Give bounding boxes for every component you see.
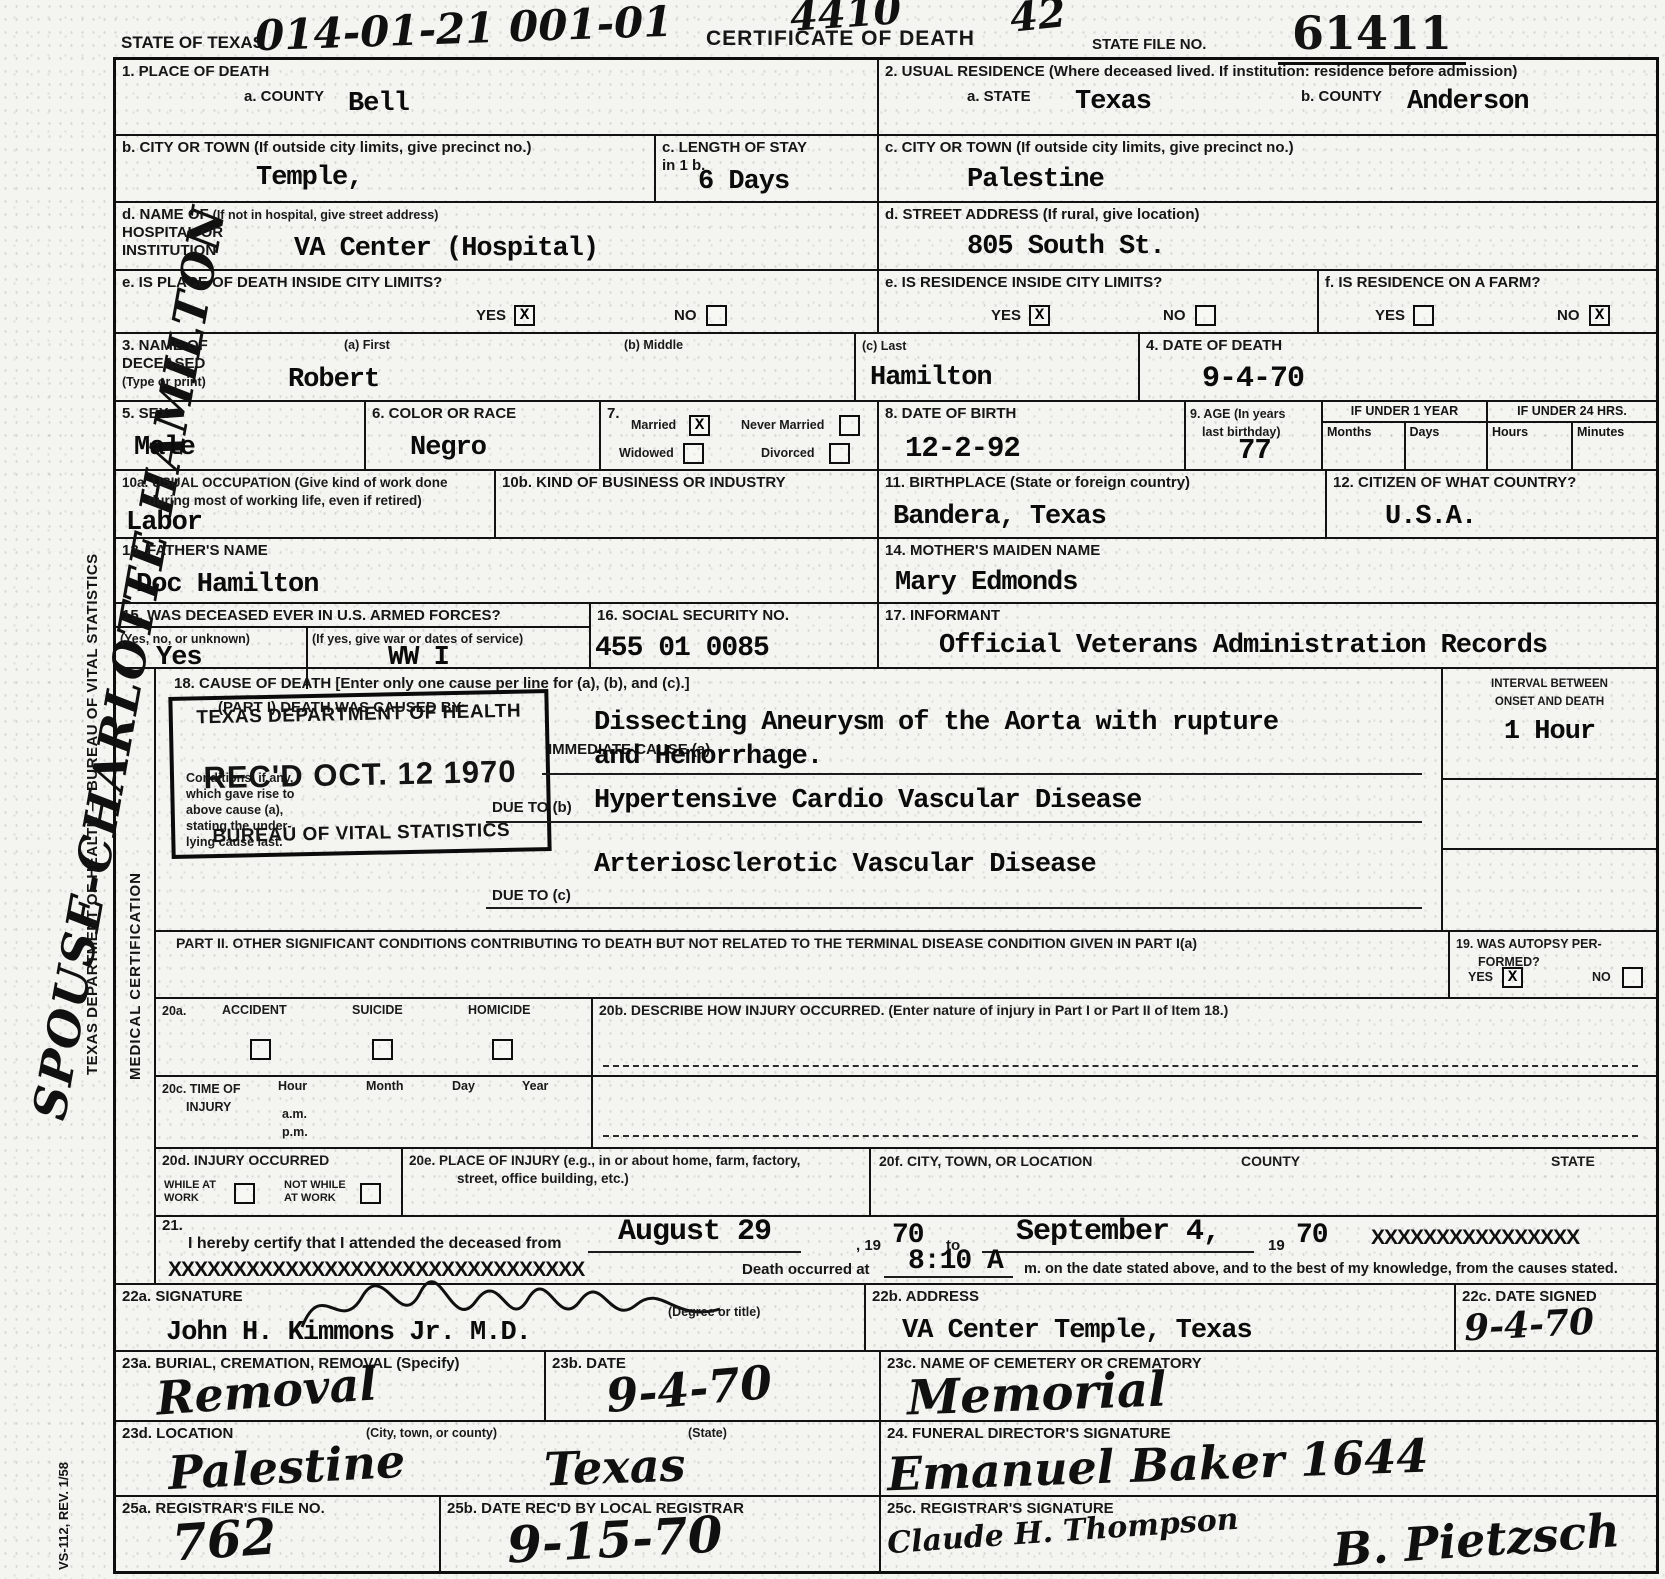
injury-occurred-cell: 20d. INJURY OCCURRED WHILE AT WORK NOT W… (156, 1149, 403, 1215)
death-limits-no-label: NO (674, 307, 697, 324)
certificate-form: 1. PLACE OF DEATH a. COUNTY Bell 2. USUA… (113, 57, 1659, 1574)
autopsy-cell: 19. WAS AUTOPSY PER- FORMED? YES X NO (1450, 932, 1656, 997)
father-name-value: Doc Hamilton (136, 571, 318, 599)
registrar-date-cell: 25b. DATE REC'D BY LOCAL REGISTRAR 9-15-… (441, 1497, 881, 1574)
date-of-birth-cell: 8. DATE OF BIRTH 12-2-92 (879, 402, 1186, 469)
cause-a-line-1: Dissecting Aneurysm of the Aorta with ru… (594, 709, 1278, 737)
married-label: Married (631, 418, 676, 433)
informant-value: Official Veterans Administration Records (939, 632, 1547, 660)
residence-limits-yes-checkbox: X (1029, 305, 1050, 326)
certify-text: I hereby certify that I attended the dec… (188, 1235, 561, 1253)
registrar-signature-2: B. Pietzsch (1332, 1507, 1621, 1573)
certificate-title: CERTIFICATE OF DEATH (706, 27, 975, 51)
while-at-work-label-1: WHILE AT (164, 1179, 216, 1192)
injury-city-label: 20f. CITY, TOWN, OR LOCATION (879, 1153, 1092, 1170)
name-deceased-label-1: 3. NAME OF (122, 337, 208, 354)
degree-or-title-label: (Degree or title) (668, 1305, 760, 1320)
time-of-injury-label-1: 20c. TIME OF (162, 1082, 241, 1096)
occupation-label-2: during most of working life, even if ret… (122, 493, 422, 508)
married-checkbox: X (689, 415, 710, 436)
autopsy-yes-checkbox: X (1502, 967, 1523, 988)
cause-b-value: Hypertensive Cardio Vascular Disease (594, 787, 1141, 815)
business-industry-label: 10b. KIND OF BUSINESS OR INDUSTRY (502, 474, 786, 491)
days-label: Days (1406, 423, 1487, 469)
usual-residence-label: 2. USUAL RESIDENCE (Where deceased lived… (885, 63, 1517, 80)
never-married-checkbox (839, 415, 860, 436)
handwritten-file-code: 014-01-21 001-01 (254, 1, 673, 58)
describe-injury-label: 20b. DESCRIBE HOW INJURY OCCURRED. (Ente… (599, 1002, 1228, 1018)
first-name-label: (a) First (344, 338, 390, 353)
physician-address-label: 22b. ADDRESS (872, 1288, 979, 1305)
burial-date-value: 9-4-70 (604, 1359, 774, 1419)
form-number-vertical: VS-112, REV. 1/58 (56, 1280, 71, 1570)
residence-city-limits-cell: e. IS RESIDENCE INSIDE CITY LIMITS? YES … (879, 271, 1319, 332)
occupation-value: Labor (126, 509, 202, 537)
place-of-injury-label-1: 20e. PLACE OF INJURY (e.g., in or about … (409, 1153, 800, 1168)
occupation-cell: 10a. USUAL OCCUPATION (Give kind of work… (116, 471, 496, 537)
last-name-label: (c) Last (862, 339, 906, 353)
widowed-label: Widowed (619, 446, 674, 461)
date-of-birth-value: 12-2-92 (905, 434, 1020, 464)
burial-location-state-value: Texas (543, 1442, 686, 1493)
residence-limits-label: e. IS RESIDENCE INSIDE CITY LIMITS? (885, 274, 1162, 291)
row-cause-of-death: 18. CAUSE OF DEATH [Enter only one cause… (156, 669, 1656, 932)
death-city-limits-label: e. IS PLACE OF DEATH INSIDE CITY LIMITS? (122, 274, 442, 291)
widowed-checkbox (683, 443, 704, 464)
length-of-stay-label: c. LENGTH OF STAY (662, 139, 807, 156)
citizen-value: U.S.A. (1385, 503, 1476, 531)
informant-cell: 17. INFORMANT Official Veterans Administ… (879, 604, 1656, 667)
physician-signature-scribble (296, 1275, 726, 1339)
if-under-24-hrs-label: IF UNDER 24 HRS. (1488, 402, 1656, 423)
autopsy-yes-label: YES (1468, 970, 1493, 985)
age-value: 77 (1238, 436, 1271, 466)
medical-certification-strip: MEDICAL CERTIFICATION (116, 669, 156, 1283)
birthplace-label: 11. BIRTHPLACE (State or foreign country… (885, 474, 1190, 491)
place-of-death-cell: 1. PLACE OF DEATH a. COUNTY Bell (116, 60, 879, 134)
rule-line (542, 773, 1422, 775)
street-address-value: 805 South St. (967, 233, 1165, 261)
describe-injury-cell: 20b. DESCRIBE HOW INJURY OCCURRED. (Ente… (593, 999, 1656, 1075)
department-vertical-label: TEXAS DEPARTMENT OF HEALTH — BUREAU OF V… (84, 275, 101, 1075)
accident-checkbox (250, 1039, 271, 1060)
while-at-work-checkbox (234, 1183, 255, 1204)
residence-city-value: Palestine (967, 166, 1104, 194)
attended-from-date: August 29 (588, 1217, 801, 1253)
farm-no-checkbox: X (1589, 305, 1610, 326)
row-city-town: b. CITY OR TOWN (If outside city limits,… (116, 136, 1656, 203)
if-under-24-hrs-body: Hours Minutes (1488, 423, 1656, 469)
date-signed-cell: 22c. DATE SIGNED 9-4-70 (1456, 1285, 1656, 1350)
row-name-deceased: 3. NAME OF DECEASED (Type or print) (a) … (116, 334, 1656, 402)
mother-name-label: 14. MOTHER'S MAIDEN NAME (885, 542, 1100, 559)
sex-label: 5. SEX (122, 405, 169, 422)
rule-line (1443, 778, 1656, 780)
physician-signature-cell: 22a. SIGNATURE John H. Kimmons Jr. M.D. … (116, 1285, 866, 1350)
not-while-at-work-label-2: AT WORK (284, 1192, 336, 1205)
answer-line (603, 1135, 1638, 1137)
residence-county-label: b. COUNTY (1301, 88, 1382, 105)
burial-location-label: 23d. LOCATION (122, 1425, 233, 1442)
residence-state-label: a. STATE (967, 88, 1031, 105)
usual-residence-cell: 2. USUAL RESIDENCE (Where deceased lived… (879, 60, 1656, 134)
stamp-line-3: BUREAU OF VITAL STATISTICS (212, 821, 510, 846)
place-of-death-label: 1. PLACE OF DEATH (122, 63, 269, 80)
county-value: Bell (348, 90, 409, 118)
suicide-checkbox (372, 1039, 393, 1060)
months-label: Months (1323, 423, 1406, 469)
row-armed-forces: 15. WAS DECEASED EVER IN U.S. ARMED FORC… (116, 604, 1656, 669)
race-label: 6. COLOR OR RACE (372, 405, 516, 422)
first-name-value: Robert (288, 366, 379, 394)
registrar-file-cell: 25a. REGISTRAR'S FILE NO. 762 (116, 1497, 441, 1574)
answer-line (603, 1065, 1638, 1067)
row-20a-20b: 20a. ACCIDENT SUICIDE HOMICIDE 20b. DESC… (156, 999, 1656, 1077)
suicide-label: SUICIDE (352, 1003, 403, 1018)
burial-location-sub2: (State) (688, 1426, 727, 1441)
business-industry-cell: 10b. KIND OF BUSINESS OR INDUSTRY (496, 471, 879, 537)
injury-blank-cell (593, 1077, 1656, 1147)
am-label: a.m. (282, 1107, 307, 1122)
attended-to-date: September 4, (982, 1217, 1254, 1253)
citizen-cell: 12. CITIZEN OF WHAT COUNTRY? U.S.A. (1327, 471, 1656, 537)
physician-signature-label: 22a. SIGNATURE (122, 1288, 243, 1305)
year-label: Year (522, 1079, 548, 1094)
row-location-director: 23d. LOCATION (City, town, or county) (S… (116, 1422, 1656, 1497)
death-city-limits-cell: e. IS PLACE OF DEATH INSIDE CITY LIMITS?… (116, 271, 879, 332)
interval-label-2: ONSET AND DEATH (1495, 696, 1604, 708)
handwritten-top-number-2: 42 (1008, 0, 1068, 39)
cemetery-cell: 23c. NAME OF CEMETERY OR CREMATORY Memor… (881, 1352, 1656, 1420)
last-name-cell: (c) Last Hamilton (856, 334, 1140, 400)
hospital-label-1: d. NAME OF (122, 206, 209, 223)
date-of-death-label: 4. DATE OF DEATH (1146, 337, 1282, 354)
death-city-label: b. CITY OR TOWN (If outside city limits,… (122, 139, 532, 156)
death-occurred-label: Death occurred at (742, 1261, 870, 1278)
hours-label: Hours (1488, 423, 1573, 469)
burial-location-cell: 23d. LOCATION (City, town, or county) (S… (116, 1422, 881, 1495)
row-hospital-street: d. NAME OF (If not in hospital, give str… (116, 203, 1656, 271)
injury-city-cell: 20f. CITY, TOWN, OR LOCATION COUNTY STAT… (871, 1149, 1656, 1215)
ssn-value: 455 01 0085 (595, 634, 769, 663)
street-address-label: d. STREET ADDRESS (If rural, give locati… (885, 206, 1199, 223)
if-under-1-year-label: IF UNDER 1 YEAR (1323, 402, 1486, 423)
death-limits-yes-label: YES (476, 307, 506, 324)
pm-label: p.m. (282, 1125, 308, 1140)
homicide-label: HOMICIDE (468, 1003, 531, 1018)
burial-type-cell: 23a. BURIAL, CREMATION, REMOVAL (Specify… (116, 1352, 546, 1420)
farm-yes-checkbox (1413, 305, 1434, 326)
place-of-injury-cell: 20e. PLACE OF INJURY (e.g., in or about … (403, 1149, 871, 1215)
state-of-texas-label: STATE OF TEXAS (121, 33, 264, 53)
hospital-cell: d. NAME OF (If not in hospital, give str… (116, 203, 879, 269)
row-occupation: 10a. USUAL OCCUPATION (Give kind of work… (116, 471, 1656, 539)
interval-label-1: INTERVAL BETWEEN (1491, 678, 1608, 690)
hour-label: Hour (278, 1079, 307, 1094)
autopsy-label-2: FORMED? (1456, 955, 1540, 969)
stamp-line-1: TEXAS DEPARTMENT OF HEALTH (196, 702, 521, 728)
burial-date-cell: 23b. DATE 9-4-70 (546, 1352, 881, 1420)
minutes-label: Minutes (1573, 423, 1656, 469)
mother-name-value: Mary Edmonds (895, 569, 1077, 597)
cell-20a-number: 20a. (162, 1004, 186, 1018)
age-label-1: 9. AGE (In years (1190, 407, 1285, 421)
informant-label: 17. INFORMANT (885, 607, 1000, 624)
interval-cell: INTERVAL BETWEEN ONSET AND DEATH 1 Hour (1443, 669, 1656, 930)
last-name-value: Hamilton (870, 364, 992, 392)
state-file-no-label: STATE FILE NO. (1092, 36, 1206, 53)
divorced-label: Divorced (761, 446, 815, 461)
death-certificate-scan: SPOUSE-CHARLOTTE HAMILTON TEXAS DEPARTME… (0, 0, 1665, 1579)
homicide-checkbox (492, 1039, 513, 1060)
rule-line (486, 821, 1422, 823)
residence-city-label: c. CITY OR TOWN (If outside city limits,… (885, 139, 1294, 156)
not-while-at-work-label-1: NOT WHILE (284, 1179, 346, 1192)
residence-limits-yes-label: YES (991, 307, 1021, 324)
funeral-director-signature: Emanuel Baker 1644 (886, 1433, 1429, 1498)
cause-of-death-heading: 18. CAUSE OF DEATH [Enter only one cause… (174, 675, 690, 692)
cause-c-value: Arteriosclerotic Vascular Disease (594, 851, 1096, 879)
from-year-prefix: , 19 (856, 1237, 881, 1254)
time-of-injury-label-2: INJURY (162, 1100, 231, 1114)
while-at-work-label-2: WORK (164, 1192, 199, 1205)
residence-state-value: Texas (1075, 88, 1151, 116)
date-of-birth-label: 8. DATE OF BIRTH (885, 405, 1016, 422)
part2-label: PART II. OTHER SIGNIFICANT CONDITIONS CO… (162, 935, 1442, 952)
to-year-prefix: 19 (1268, 1237, 1285, 1254)
registrar-date-value: 9-15-70 (506, 1509, 724, 1570)
death-city-cell: b. CITY OR TOWN (If outside city limits,… (116, 136, 656, 201)
registrar-signature-cell: 25c. REGISTRAR'S SIGNATURE Claude H. Tho… (881, 1497, 1656, 1574)
not-while-at-work-checkbox (360, 1183, 381, 1204)
burial-type-value: Removal (155, 1360, 379, 1421)
length-of-stay-cell: c. LENGTH OF STAY in 1 b. 6 Days (656, 136, 879, 201)
residence-city-cell: c. CITY OR TOWN (If outside city limits,… (879, 136, 1656, 201)
residence-farm-label: f. IS RESIDENCE ON A FARM? (1325, 274, 1541, 291)
row-city-limits: e. IS PLACE OF DEATH INSIDE CITY LIMITS?… (116, 271, 1656, 334)
due-to-c-label: DUE TO (c) (492, 887, 571, 904)
death-limits-no-checkbox (706, 305, 727, 326)
row-place-residence: 1. PLACE OF DEATH a. COUNTY Bell 2. USUA… (116, 60, 1656, 136)
medical-certification-label: MEDICAL CERTIFICATION (127, 872, 144, 1080)
stamp-line-2: REC'D OCT. 12 1970 (203, 755, 517, 793)
place-of-injury-label-2: street, office building, etc.) (409, 1171, 629, 1186)
received-stamp: TEXAS DEPARTMENT OF HEALTH REC'D OCT. 12… (168, 689, 551, 859)
marital-label: 7. (607, 405, 620, 422)
armed-forces-cell: 15. WAS DECEASED EVER IN U.S. ARMED FORC… (116, 604, 591, 667)
never-married-label: Never Married (741, 418, 824, 433)
rule-line (486, 907, 1422, 909)
birthplace-value: Bandera, Texas (893, 503, 1106, 531)
sex-value: Male (134, 434, 195, 462)
hospital-label-3: INSTITUTION (122, 242, 216, 259)
age-cell: 9. AGE (In years last birthday) 77 (1186, 402, 1323, 469)
name-deceased-cell: 3. NAME OF DECEASED (Type or print) (a) … (116, 334, 856, 400)
row-sex-race-age: 5. SEX Male 6. COLOR OR RACE Negro 7. Ma… (116, 402, 1656, 471)
interval-label-wrap: INTERVAL BETWEEN ONSET AND DEATH (1443, 669, 1656, 710)
physician-address-value: VA Center Temple, Texas (902, 1317, 1252, 1345)
residence-limits-no-label: NO (1163, 307, 1186, 324)
name-deceased-label-3: (Type or print) (122, 375, 206, 389)
row-burial: 23a. BURIAL, CREMATION, REMOVAL (Specify… (116, 1352, 1656, 1422)
physician-address-cell: 22b. ADDRESS VA Center Temple, Texas (866, 1285, 1456, 1350)
residence-limits-no-checkbox (1195, 305, 1216, 326)
funeral-director-cell: 24. FUNERAL DIRECTOR'S SIGNATURE Emanuel… (881, 1422, 1656, 1495)
ssn-cell: 16. SOCIAL SECURITY NO. 455 01 0085 (591, 604, 879, 667)
death-time-value: 8:10 A (884, 1247, 1013, 1278)
father-name-label: 13. FATHER'S NAME (122, 542, 268, 559)
race-cell: 6. COLOR OR RACE Negro (366, 402, 601, 469)
sex-cell: 5. SEX Male (116, 402, 366, 469)
time-of-injury-cell: 20c. TIME OF INJURY Hour Month Day Year … (156, 1077, 593, 1147)
occupation-label-1: 10a. USUAL OCCUPATION (Give kind of work… (122, 475, 448, 490)
row-parents: 13. FATHER'S NAME Doc Hamilton 14. MOTHE… (116, 539, 1656, 604)
birthplace-cell: 11. BIRTHPLACE (State or foreign country… (879, 471, 1327, 537)
medical-certification-block: MEDICAL CERTIFICATION 18. CAUSE OF DEATH… (116, 669, 1656, 1285)
day-label: Day (452, 1079, 475, 1094)
part2-cell: PART II. OTHER SIGNIFICANT CONDITIONS CO… (156, 932, 1450, 997)
farm-no-label: NO (1557, 307, 1580, 324)
name-deceased-label-2: DECEASED (122, 355, 205, 372)
race-value: Negro (410, 434, 486, 462)
street-address-cell: d. STREET ADDRESS (If rural, give locati… (879, 203, 1656, 269)
certify-tail-text: m. on the date stated above, and to the … (1024, 1261, 1618, 1278)
marital-status-cell: 7. Married X Never Married Widowed Divor… (601, 402, 879, 469)
medical-certification-body: 18. CAUSE OF DEATH [Enter only one cause… (156, 669, 1656, 1283)
burial-location-city-value: Palestine (167, 1438, 406, 1496)
row-20c: 20c. TIME OF INJURY Hour Month Day Year … (156, 1077, 1656, 1149)
cause-of-death-cell: 18. CAUSE OF DEATH [Enter only one cause… (156, 669, 1443, 930)
farm-yes-label: YES (1375, 307, 1405, 324)
injury-county-label: COUNTY (1241, 1153, 1300, 1170)
autopsy-label-1: 19. WAS AUTOPSY PER- (1456, 937, 1602, 951)
mother-name-cell: 14. MOTHER'S MAIDEN NAME Mary Edmonds (879, 539, 1656, 602)
accident-label: ACCIDENT (222, 1003, 287, 1018)
if-under-24-hrs-cell: IF UNDER 24 HRS. Hours Minutes (1488, 402, 1656, 469)
residence-farm-cell: f. IS RESIDENCE ON A FARM? YES NO X (1319, 271, 1656, 332)
rule-line (1443, 848, 1656, 850)
hospital-paren-label: (If not in hospital, give street address… (213, 208, 439, 222)
father-name-cell: 13. FATHER'S NAME Doc Hamilton (116, 539, 879, 602)
injury-occurred-label: 20d. INJURY OCCURRED (162, 1152, 329, 1168)
armed-forces-label: 15. WAS DECEASED EVER IN U.S. ARMED FORC… (116, 606, 589, 628)
date-signed-value: 9-4-70 (1463, 1304, 1595, 1347)
length-of-stay-value: 6 Days (698, 168, 789, 196)
county-label: a. COUNTY (244, 88, 324, 105)
citizen-label: 12. CITIZEN OF WHAT COUNTRY? (1333, 474, 1576, 491)
due-to-b-label: DUE TO (b) (492, 799, 572, 816)
death-limits-yes-checkbox: X (514, 305, 535, 326)
cause-a-line-2: and Hemorrhage. (594, 743, 822, 771)
injury-state-label: STATE (1551, 1153, 1595, 1170)
divorced-checkbox (829, 443, 850, 464)
date-of-death-value: 9-4-70 (1202, 364, 1304, 396)
row-registrar: 25a. REGISTRAR'S FILE NO. 762 25b. DATE … (116, 1497, 1656, 1574)
row-20d-20e-20f: 20d. INJURY OCCURRED WHILE AT WORK NOT W… (156, 1149, 1656, 1217)
autopsy-no-label: NO (1592, 970, 1611, 985)
ssn-label: 16. SOCIAL SECURITY NO. (597, 607, 789, 624)
row-signature: 22a. SIGNATURE John H. Kimmons Jr. M.D. … (116, 1285, 1656, 1352)
autopsy-no-checkbox (1622, 967, 1643, 988)
registrar-file-value: 762 (170, 1511, 278, 1568)
to-year-value: 70 (1296, 1221, 1328, 1250)
cemetery-value: Memorial (906, 1365, 1167, 1422)
accident-suicide-homicide-cell: 20a. ACCIDENT SUICIDE HOMICIDE (156, 999, 593, 1075)
death-city-value: Temple, (256, 164, 362, 192)
struck-out-text: XXXXXXXXXXXXXXXX (1371, 1227, 1579, 1248)
interval-a-value: 1 Hour (1443, 718, 1656, 746)
hospital-value: VA Center (Hospital) (294, 235, 598, 263)
row-part2-autopsy: PART II. OTHER SIGNIFICANT CONDITIONS CO… (156, 932, 1656, 999)
residence-county-value: Anderson (1407, 88, 1529, 116)
middle-name-label: (b) Middle (624, 338, 683, 353)
certify-number: 21. (162, 1217, 183, 1234)
if-under-1-year-body: Months Days (1323, 423, 1486, 469)
date-of-death-cell: 4. DATE OF DEATH 9-4-70 (1140, 334, 1656, 400)
month-label: Month (366, 1079, 403, 1094)
hospital-label-2: HOSPITAL OR (122, 224, 223, 241)
if-under-1-year-cell: IF UNDER 1 YEAR Months Days (1323, 402, 1488, 469)
